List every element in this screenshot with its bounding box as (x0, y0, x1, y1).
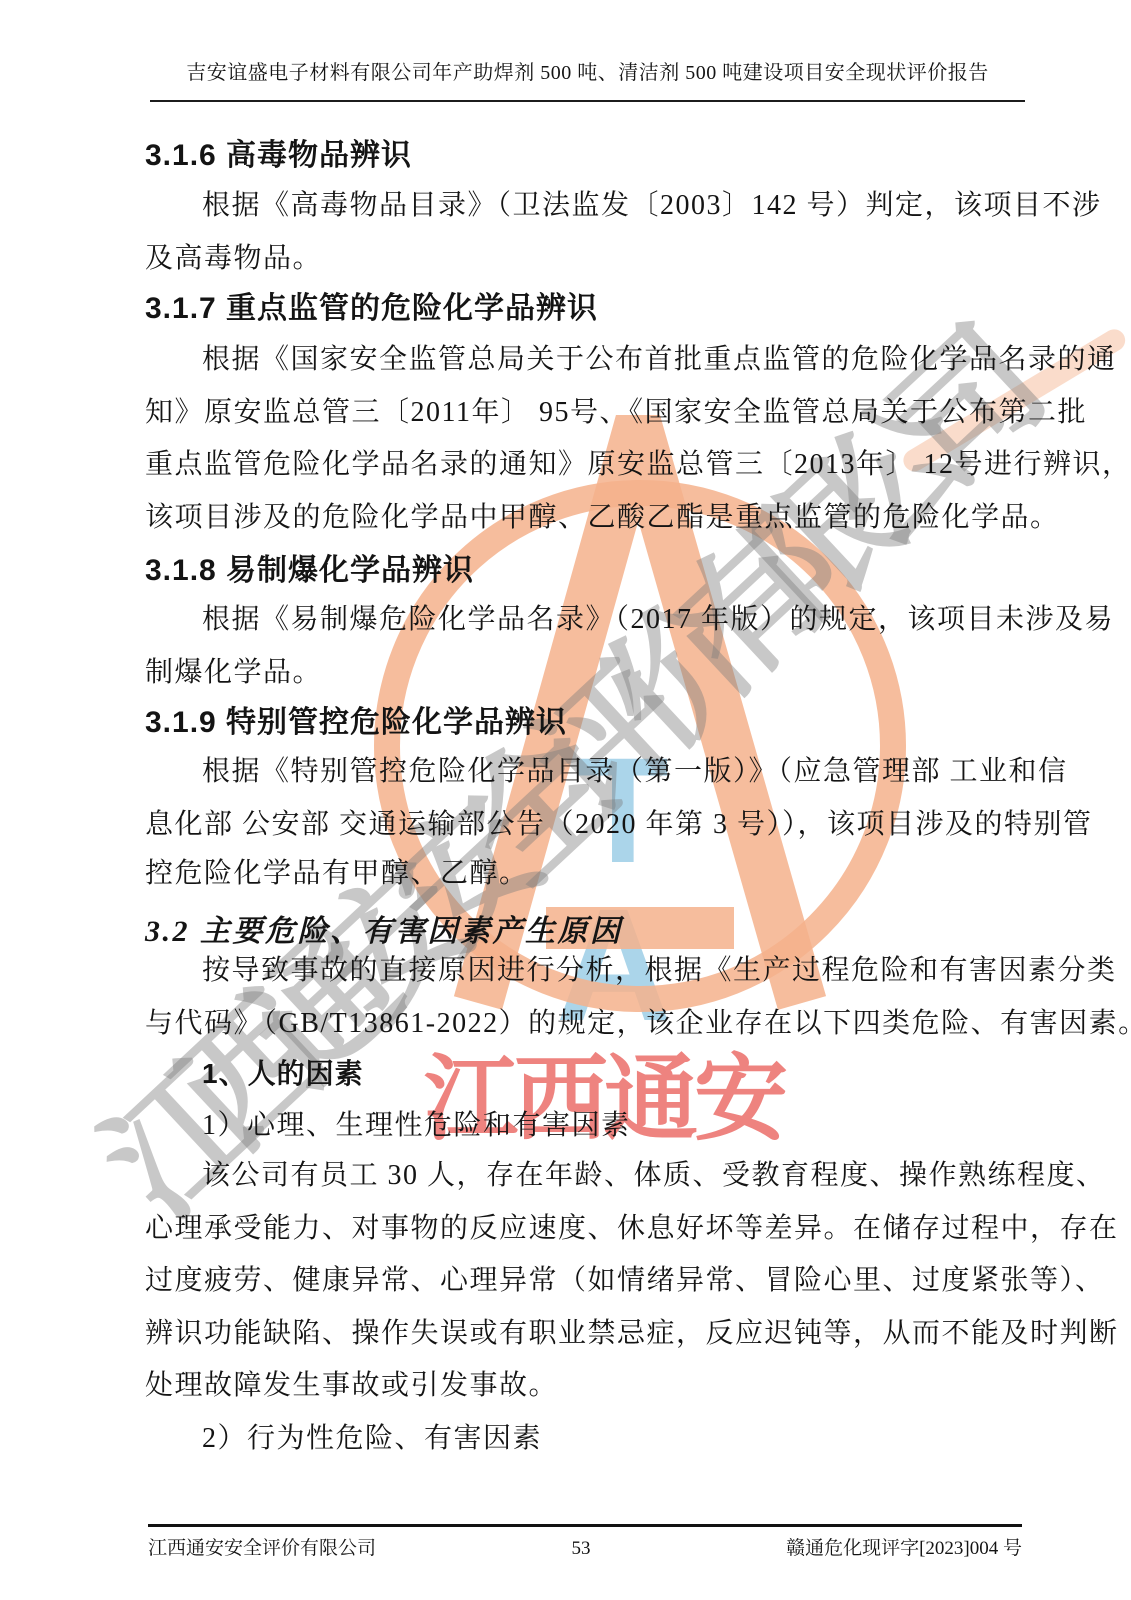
body-line: 及高毒物品。 (145, 243, 322, 275)
section-heading: 3.1.7 重点监管的危险化学品辨识 (145, 292, 598, 325)
body-line: 根据《易制爆危险化学品名录》（2017 年版）的规定，该项目未涉及易 (202, 604, 1114, 636)
body-line: 心理承受能力、对事物的反应速度、休息好坏等差异。在储存过程中，存在 (145, 1213, 1119, 1245)
body-line: 处理故障发生事故或引发事故。 (145, 1370, 558, 1402)
footer-page-number: 53 (572, 1538, 591, 1560)
body-line: 2）行为性危险、有害因素 (202, 1423, 542, 1455)
footer-doc-number: 赣通危化现评字[2023]004 号 (786, 1533, 1022, 1560)
section-heading: 3.1.8 易制爆化学品辨识 (145, 554, 474, 587)
footer-rule (148, 1524, 1022, 1527)
body-line: 控危险化学品有甲醇、乙醇。 (145, 858, 529, 890)
body-line: 过度疲劳、健康异常、心理异常（如情绪异常、冒险心里、过度紧张等）、 (145, 1265, 1105, 1297)
body-line: 根据《特别管控危险化学品目录（第一版）》（应急管理部 工业和信 (202, 756, 1068, 788)
page-footer: 江西通安安全评价有限公司 53 赣通危化现评字[2023]004 号 (148, 1533, 1022, 1560)
body-line: 知》原安监总管三〔2011年〕 95号、《国家安全监管总局关于公布第二批 (145, 397, 1087, 429)
footer-company: 江西通安安全评价有限公司 (148, 1533, 376, 1560)
body-line: 按导致事故的直接原因进行分析，根据《生产过程危险和有害因素分类 (202, 955, 1117, 987)
body-line: 该公司有员工 30 人，存在年龄、体质、受教育程度、操作熟练程度、 (202, 1160, 1106, 1192)
body-line: 与代码》（GB/T13861-2022）的规定，该企业存在以下四类危险、有害因素… (145, 1008, 1131, 1040)
body-line: 1、人的因素 (202, 1058, 364, 1090)
body-line: 重点监管危险化学品名录的通知》原安监总管三〔2013年〕 12号进行辨识， (145, 449, 1131, 481)
body-line: 根据《国家安全监管总局关于公布首批重点监管的危险化学品名录的通 (202, 344, 1117, 376)
body-line: 制爆化学品。 (145, 657, 322, 689)
body-line: 该项目涉及的危险化学品中甲醇、乙酸乙酯是重点监管的危险化学品。 (145, 502, 1060, 534)
document-page: T A 江西通安安全评价有限公司 江西通安 吉安谊盛电子材料有限公司年产助焊剂 … (0, 0, 1131, 1600)
section-heading: 3.1.9 特别管控危险化学品辨识 (145, 706, 567, 739)
section-heading: 3.2 主要危险、有害因素产生原因 (145, 915, 623, 948)
section-heading: 3.1.6 高毒物品辨识 (145, 139, 412, 172)
body-line: 辨识功能缺陷、操作失误或有职业禁忌症，反应迟钝等，从而不能及时判断 (145, 1318, 1119, 1350)
page-header-title: 吉安谊盛电子材料有限公司年产助焊剂 500 吨、清洁剂 500 吨建设项目安全现… (150, 56, 1025, 85)
body-line: 息化部 公安部 交通运输部公告（2020 年第 3 号）），该项目涉及的特别管 (145, 809, 1093, 841)
body-line: 根据《高毒物品目录》（卫法监发〔2003〕142 号）判定，该项目不涉 (202, 190, 1102, 222)
body-line: 1）心理、生理性危险和有害因素 (202, 1110, 631, 1142)
header-rule (150, 100, 1025, 102)
